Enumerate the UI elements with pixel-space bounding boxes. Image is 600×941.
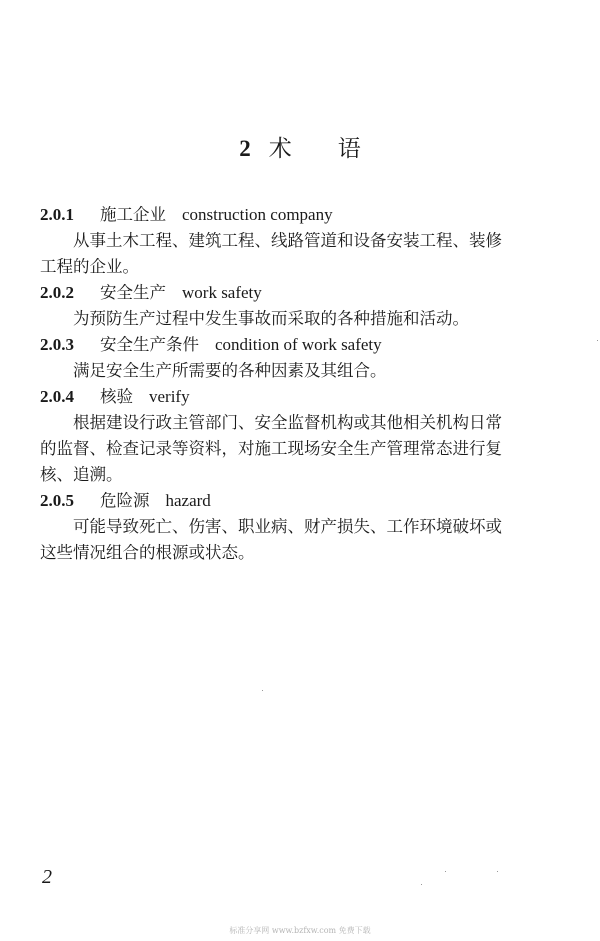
term-chinese: 危险源 [100,491,150,510]
term-code: 2.0.3 [40,332,100,358]
term-heading: 2.0.1施工企业construction company [40,202,530,228]
term-english: verify [149,387,190,406]
watermark: 标准分享网 www.bzfxw.com 免费下载 [0,925,600,936]
scan-speck [497,871,498,872]
term-heading: 2.0.4核验verify [40,384,530,410]
term-chinese: 施工企业 [100,205,166,224]
term-definition-line: 的监督、检查记录等资料，对施工现场安全生产管理常态进行复 [40,436,530,462]
term-heading: 2.0.5危险源hazard [40,488,530,514]
term-heading: 2.0.2安全生产work safety [40,280,530,306]
scan-speck [262,690,263,691]
scan-speck [445,871,446,872]
term-heading: 2.0.3安全生产条件condition of work safety [40,332,530,358]
term-definition-line: 可能导致死亡、伤害、职业病、财产损失、工作环境破坏或 [40,514,530,540]
term-code: 2.0.2 [40,280,100,306]
term-code: 2.0.1 [40,202,100,228]
term-chinese: 核验 [100,387,133,406]
term-chinese: 安全生产 [100,283,166,302]
term-code: 2.0.5 [40,488,100,514]
term-english: construction company [182,205,333,224]
term-definition-line: 这些情况组合的根源或状态。 [40,540,530,566]
terms-list: 2.0.1施工企业construction company 从事土木工程、建筑工… [40,202,530,566]
term-definition-line: 满足安全生产所需要的各种因素及其组合。 [40,358,530,384]
term-definition-line: 根据建设行政主管部门、安全监督机构或其他相关机构日常 [40,410,530,436]
term-english: work safety [182,283,262,302]
term-definition-line: 从事土木工程、建筑工程、线路管道和设备安装工程、装修 [40,228,530,254]
chapter-title-char-1: 术 [269,136,292,162]
page-number: 2 [42,866,52,889]
term-definition-line: 核、追溯。 [40,462,530,488]
chapter-title: 2术语 [0,134,600,164]
term-english: hazard [166,491,211,510]
term-chinese: 安全生产条件 [100,335,199,354]
scan-speck [597,340,598,341]
term-definition-line: 为预防生产过程中发生事故而采取的各种措施和活动。 [40,306,530,332]
term-english: condition of work safety [215,335,382,354]
scan-speck [421,884,422,885]
chapter-number: 2 [239,136,251,161]
term-code: 2.0.4 [40,384,100,410]
chapter-title-char-2: 语 [338,136,361,162]
term-definition-line: 工程的企业。 [40,254,530,280]
